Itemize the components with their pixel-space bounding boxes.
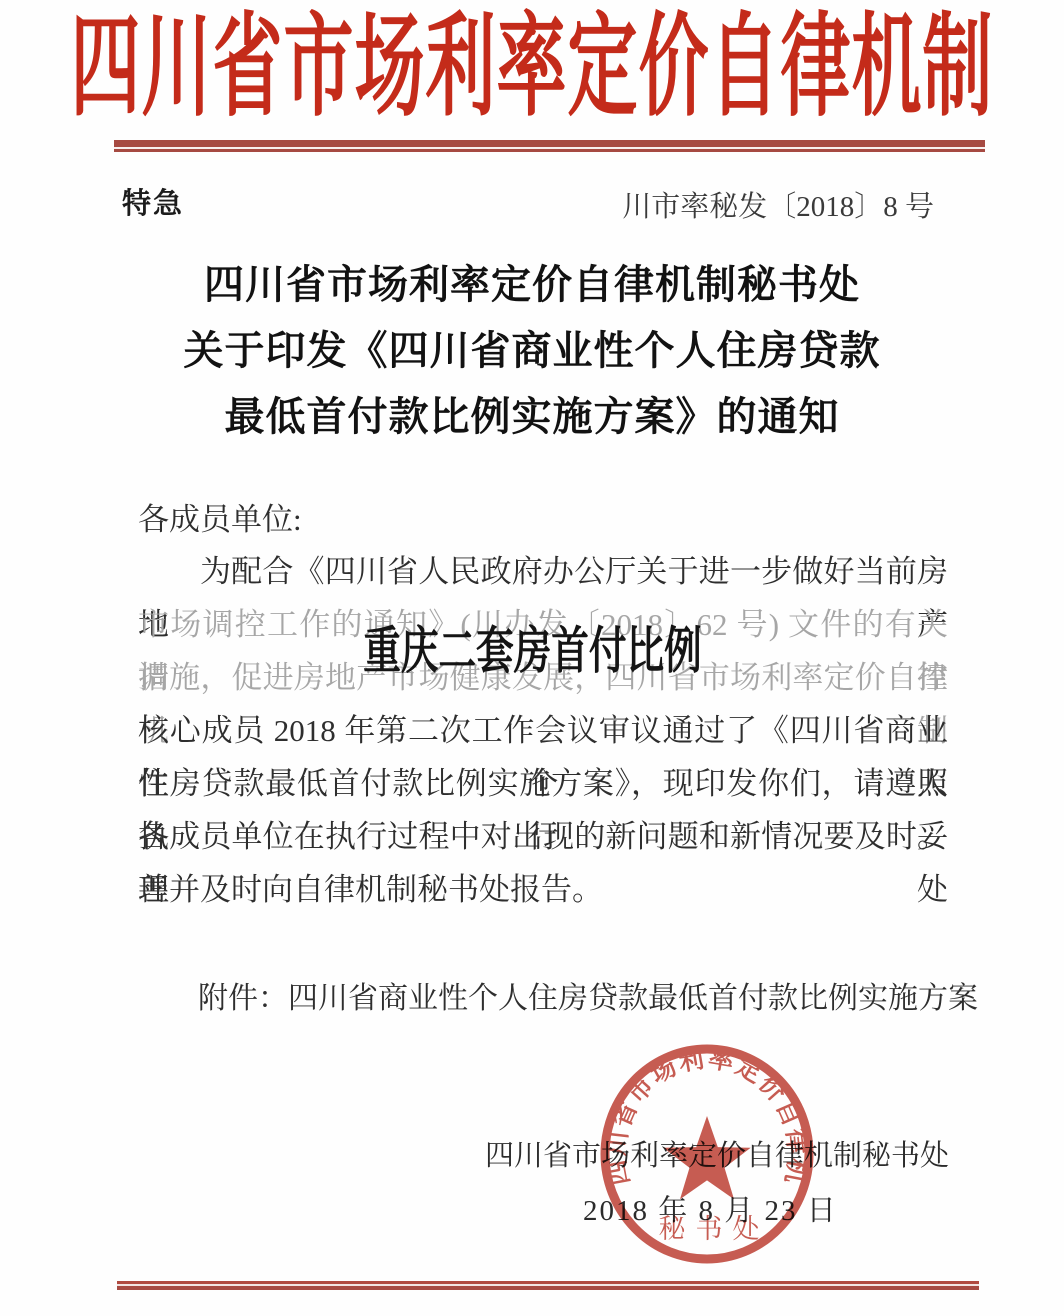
document-header-title: 四川省市场利率定价自律机制 [0,14,1064,126]
urgency-label: 特急 [122,181,184,222]
watermark-overlay-text: 重庆二套房首付比例 [363,626,701,677]
watermark-overlay: 重庆二套房首付比例 [0,626,1064,673]
official-seal: 四川省市场利率定价自律机制 秘书处 [594,1040,820,1268]
document-title-line3: 最低首付款比例实施方案》的通知 [0,384,1064,450]
body-paragraph: 为配合《四川省人民政府办公厅关于进一步做好当前房地产 市场调控工作的通知》(川办… [138,545,948,916]
header-divider [114,140,985,152]
paragraph-line: 核心成员 2018 年第二次工作会议审议通过了《四川省商业性个人 [138,704,948,757]
document-title-line1: 四川省市场利率定价自律机制秘书处 [0,252,1064,318]
footer-divider [117,1281,979,1290]
document-title: 四川省市场利率定价自律机制秘书处 关于印发《四川省商业性个人住房贷款 最低首付款… [0,252,1064,450]
document-number: 川市率秘发〔2018〕8 号 [622,184,934,225]
paragraph-line: 各成员单位在执行过程中对出现的新问题和新情况要及时妥善处 [138,810,948,863]
star-icon [663,1116,750,1199]
document-title-line2: 关于印发《四川省商业性个人住房贷款 [0,318,1064,384]
paragraph-line: 住房贷款最低首付款比例实施方案》，现印发你们，请遵照执行。 [138,757,948,810]
document-page: 四川省市场利率定价自律机制 特急 川市率秘发〔2018〕8 号 四川省市场利率定… [0,0,1064,1316]
paragraph-line: 为配合《四川省人民政府办公厅关于进一步做好当前房地产 [138,545,948,598]
salutation: 各成员单位: [138,494,302,539]
attachment-line: 附件：四川省商业性个人住房贷款最低首付款比例实施方案 [198,973,978,1017]
seal-center-text: 秘书处 [659,1214,770,1244]
